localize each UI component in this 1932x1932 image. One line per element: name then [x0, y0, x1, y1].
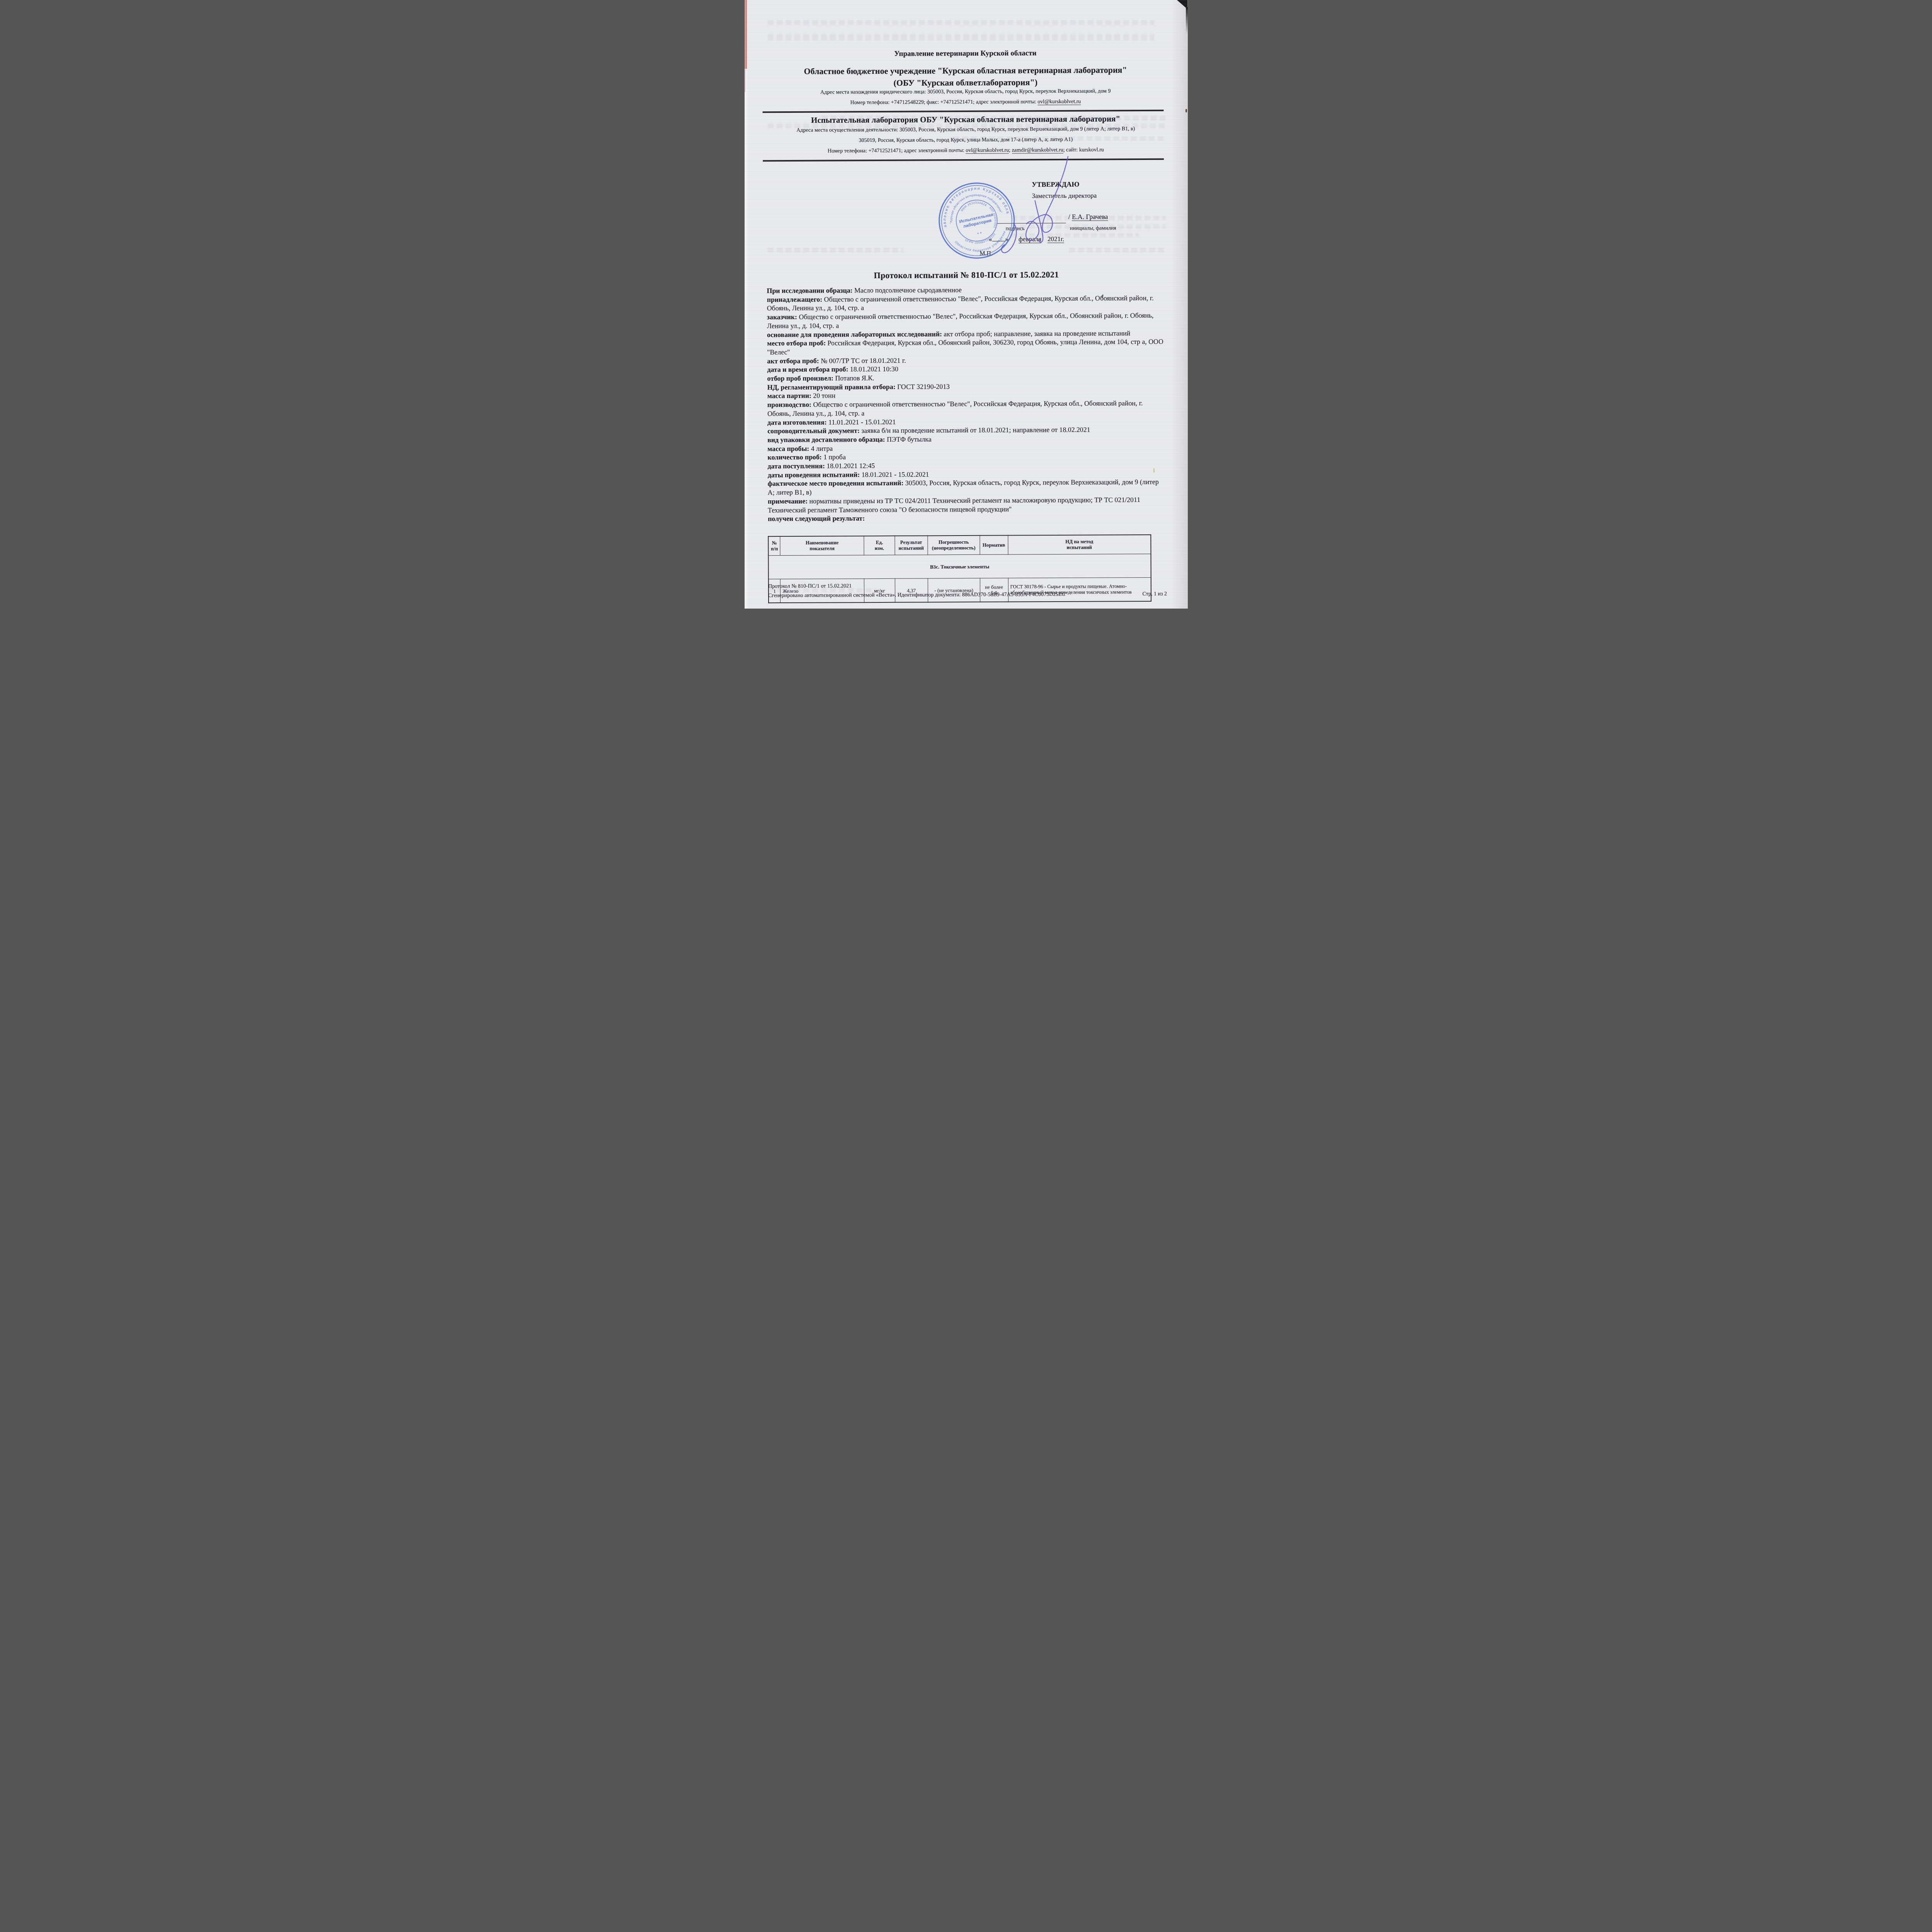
field-label: дата изготовления: [767, 418, 827, 426]
field-value: Потапов Я.К. [835, 374, 874, 382]
org-contacts: Номер телефона: +74712548229; факс: +747… [745, 99, 1187, 107]
table-section-row: В3с. Токсичные элементы [768, 554, 1151, 579]
field-label: примечание: [767, 497, 807, 505]
protocol-field: заказчик: Общество с ограниченной ответс… [767, 311, 1165, 330]
protocol-field: место отбора проб: Российская Федерация,… [767, 337, 1166, 357]
horizontal-rule [763, 158, 1164, 162]
protocol-field: примечание: нормативы приведены из ТР ТС… [767, 495, 1166, 515]
department-name: Управление ветеринарии Курской области [745, 49, 1187, 59]
col-method: НД на метод испытаний [1008, 535, 1151, 554]
field-label: основание для проведения лабораторных ис… [767, 330, 942, 338]
result-cell: не более 5,0 [980, 578, 1008, 602]
field-value: Общество с ограниченной ответственностью… [767, 294, 1153, 312]
field-value: нормативы приведены из ТР ТС 024/2011 Те… [767, 496, 1140, 514]
lab-contacts: Номер телефона: +74712521471; адрес элек… [745, 147, 1187, 155]
result-cell: ГОСТ 30178-96 - Сырье и продукты пищевые… [1008, 577, 1151, 602]
field-value: ПЭТФ бутылка [886, 435, 931, 443]
result-cell: мг/кг [864, 578, 895, 602]
col-norm: Норматив [980, 536, 1008, 555]
field-value: № 007/ТР ТС от 18.01.2021 г. [821, 356, 906, 364]
table-section-title: В3с. Токсичные элементы [768, 554, 1151, 579]
field-label: акт отбора проб: [767, 357, 819, 365]
field-value: акт отбора проб; направление, заявка на … [944, 329, 1130, 338]
lab-activity-address-2: 305019, Россия, Курская область, город К… [745, 136, 1187, 145]
field-value: Общество с ограниченной ответственностью… [767, 311, 1153, 330]
field-label: фактическое место проведения испытаний: [767, 479, 903, 488]
field-label: сопроводительный документ: [767, 427, 860, 435]
signature-graphic [976, 154, 1092, 259]
result-row: 1Железомг/кг4,37- (не установлена)не бол… [768, 577, 1151, 603]
footer-protocol-ref: Протокол № 810-ПС/1 от 15.02.2021 [768, 583, 851, 590]
lab-activity-address-1: Адреса места осуществления деятельности:… [745, 126, 1187, 134]
col-indicator: Наименование показателя [780, 536, 864, 555]
organization-short-name: (ОБУ "Курская облветлаборатория") [745, 77, 1187, 89]
organization-name: Областное бюджетное учреждение "Курская … [745, 65, 1187, 77]
field-value: 4 литра [811, 444, 833, 452]
field-label: производство: [767, 401, 811, 408]
legal-address: Адрес места нахождения юридического лица… [745, 88, 1187, 96]
col-result: Результат испытаний [895, 536, 927, 555]
org-email: ovl@kurskoblvet.ru [1037, 99, 1081, 105]
field-label: заказчик: [767, 313, 797, 321]
protocol-fields: При исследовании образца: Масло подсолне… [767, 285, 1167, 523]
result-cell: 4,37 [895, 578, 928, 602]
result-cell: 1 [768, 579, 780, 603]
field-value: 11.01.2021 - 15.01.2021 [828, 418, 896, 426]
protocol-field: фактическое место проведения испытаний: … [767, 478, 1166, 497]
field-value: заявка б/н на проведение испытаний от 18… [861, 426, 1090, 435]
lab-site: ; сайт: kurskovl.ru [1063, 147, 1104, 153]
field-value: 20 тонн [813, 392, 835, 400]
org-contacts-text: Номер телефона: +74712548229; факс: +747… [850, 99, 1037, 105]
footer-generated: Сгенерировано автоматизированной системо… [768, 592, 1065, 599]
footer-page-info: Стр. 1 из 2 [1142, 591, 1167, 597]
protocol-field: принадлежащего: Общество с ограниченной … [767, 293, 1165, 313]
legal-address-text: Адрес места нахождения юридического лица… [820, 88, 1111, 95]
field-value: ГОСТ 32190-2013 [897, 383, 949, 391]
field-value: Масло подсолнечное сыродавленное [854, 286, 961, 294]
field-label: дата поступления: [767, 462, 825, 470]
protocol-field: производство: Общество с ограниченной от… [767, 399, 1166, 418]
field-label: масса партии: [767, 392, 811, 400]
field-label: получен следующий результат: [768, 514, 865, 522]
field-value: 1 проба [823, 453, 846, 461]
field-label: При исследовании образца: [767, 286, 852, 294]
lab-contacts-text: Номер телефона: +74712521471; адрес элек… [828, 148, 966, 154]
result-cell: Железо [780, 579, 864, 603]
field-value: Общество с ограниченной ответственностью… [767, 399, 1143, 417]
field-label: отбор проб произвел: [767, 374, 833, 383]
field-label: дата и время отбора проб: [767, 366, 848, 374]
result-cell: - (не установлена) [927, 578, 980, 602]
scanned-protocol-page: Управление ветеринарии Курской области О… [745, 0, 1188, 609]
field-label: даты проведения испытаний: [767, 471, 860, 479]
field-label: принадлежащего: [767, 295, 822, 303]
protocol-title: Протокол испытаний № 810-ПС/1 от 15.02.2… [745, 269, 1188, 281]
col-uncertainty: Погрешность (неопределенность) [927, 536, 980, 555]
field-value: 18.01.2021 - 15.02.2021 [861, 470, 929, 478]
col-number: № п/п [768, 536, 780, 556]
field-label: масса пробы: [767, 444, 809, 452]
field-value: Российская Федерация, Курская обл., Обоя… [767, 338, 1163, 356]
lab-email-2: zamdir@kurskoblvet.ru [1012, 147, 1063, 154]
col-unit: Ед. изм. [864, 536, 895, 555]
handwritten-signature [976, 154, 1092, 259]
field-label: НД, регламентирующий правила отбора: [767, 383, 895, 391]
field-label: место отбора проб: [767, 339, 826, 347]
protocol-field: получен следующий результат: [768, 513, 1167, 523]
separator: ; [1009, 147, 1012, 153]
field-value: 18.01.2021 10:30 [850, 365, 898, 373]
field-value: 18.01.2021 12:45 [827, 462, 875, 470]
results-table-header: № п/п Наименование показателя Ед. изм. Р… [768, 535, 1151, 556]
lab-email-1: ovl@kurskoblvet.ru [966, 148, 1009, 154]
field-label: количество проб: [767, 453, 821, 461]
horizontal-rule [762, 110, 1163, 113]
field-label: вид упаковки доставленного образца: [767, 435, 885, 444]
lab-name: Испытательная лаборатория ОБУ "Курская о… [745, 114, 1187, 126]
